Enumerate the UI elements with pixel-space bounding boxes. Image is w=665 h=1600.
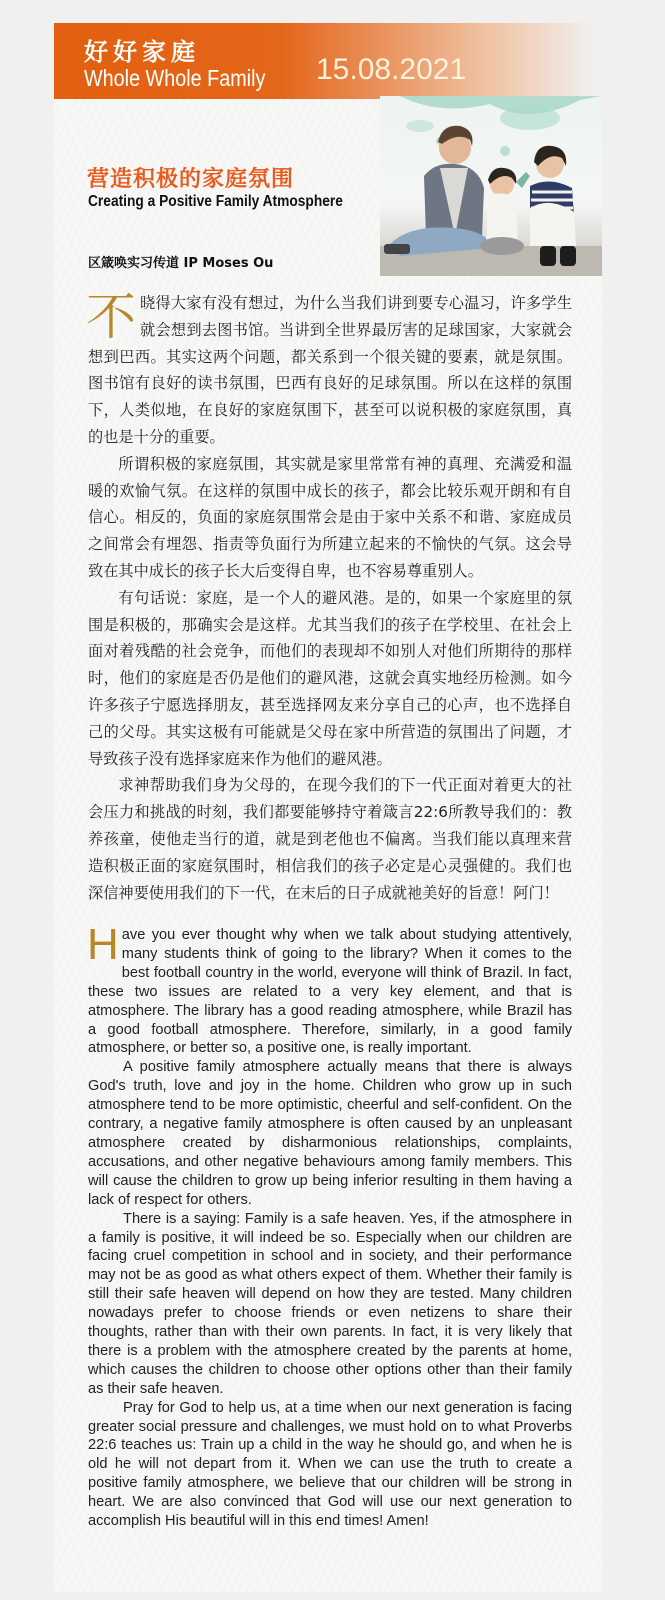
cn-paragraph-1-text: 晓得大家有没有想过，为什么当我们讲到要专心温习，许多学生就会想到去图书馆。当讲到… — [88, 294, 572, 446]
column-title-cn: 好好家庭 — [84, 32, 200, 67]
cn-paragraph-3: 有句话说：家庭，是一个人的避风港。是的，如果一个家庭里的氛围是积极的，那确实会是… — [88, 585, 572, 773]
publish-date: 15.08.2021 — [316, 53, 466, 87]
article-title-cn: 营造积极的家庭氛围 — [87, 162, 294, 193]
en-paragraph-3: There is a saying: Family is a safe heav… — [88, 1210, 572, 1399]
cn-dropcap: 不 — [86, 292, 136, 342]
article-author: 区箴唤实习传道 IP Moses Ou — [88, 252, 273, 271]
article-title-en: Creating a Positive Family Atmosphere — [88, 193, 343, 211]
en-paragraph-1-text: ave you ever thought why when we talk ab… — [88, 927, 572, 1056]
en-paragraph-2: A positive family atmosphere actually me… — [88, 1058, 572, 1209]
header-banner: 好好家庭 Whole Whole Family 15.08.2021 — [54, 23, 594, 99]
en-dropcap: H — [87, 926, 119, 964]
cn-paragraph-4: 求神帮助我们身为父母的，在现今我们的下一代正面对着更大的社会压力和挑战的时刻，我… — [88, 772, 572, 906]
family-photo — [380, 96, 602, 276]
en-paragraph-1: Have you ever thought why when we talk a… — [88, 926, 572, 1058]
cn-paragraph-1: 不晓得大家有没有想过，为什么当我们讲到要专心温习，许多学生就会想到去图书馆。当讲… — [88, 290, 572, 451]
column-title-en: Whole Whole Family — [84, 65, 265, 92]
english-article-body: Have you ever thought why when we talk a… — [88, 926, 572, 1531]
en-paragraph-4: Pray for God to help us, at a time when … — [88, 1399, 572, 1531]
chinese-article-body: 不晓得大家有没有想过，为什么当我们讲到要专心温习，许多学生就会想到去图书馆。当讲… — [88, 290, 572, 906]
cn-paragraph-2: 所谓积极的家庭氛围，其实就是家里常常有神的真理、充满爱和温暖的欢愉气氛。在这样的… — [88, 451, 572, 585]
family-illustration-icon — [380, 96, 602, 276]
